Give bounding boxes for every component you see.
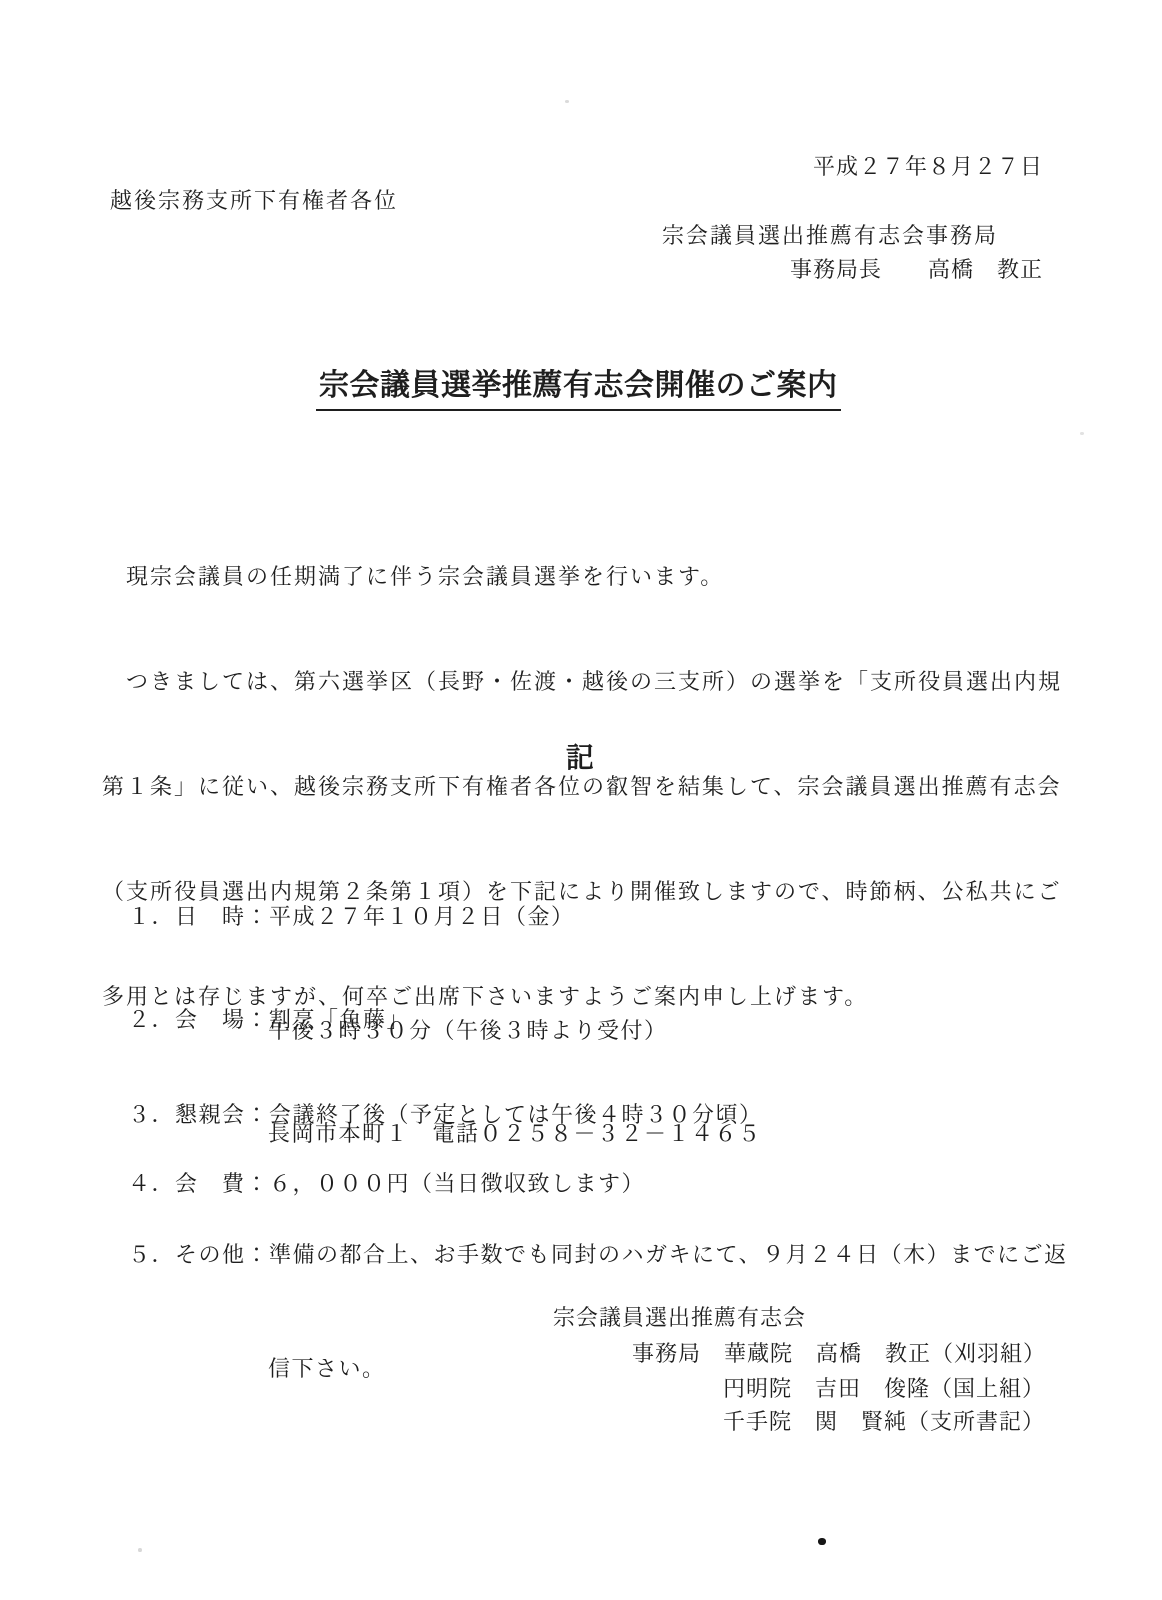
item-prefix: ５．その他： [128, 1242, 269, 1267]
footer-member: 円明院 吉田 俊隆（国上組） [723, 1372, 1045, 1403]
scan-speck [818, 1538, 826, 1545]
scan-speck [565, 100, 569, 103]
scanned-letter-page: 平成２７年８月２７日 越後宗務支所下有権者各位 宗会議員選出推薦有志会事務局 事… [0, 0, 1162, 1600]
scan-speck [138, 1548, 142, 1552]
sender-person: 事務局長 高橋 教正 [790, 253, 1043, 284]
document-date: 平成２７年８月２７日 [0, 150, 1043, 181]
document-title: 宗会議員選挙推薦有志会開催のご案内 [316, 360, 841, 411]
footer-member: 事務局 華蔵院 高橋 教正（刈羽組） [632, 1337, 1046, 1368]
body-line: つきましては、第六選挙区（長野・佐渡・越後の三支所）の選挙を「支所役員選出内規 [102, 664, 1070, 699]
list-item-line: ５．その他：準備の都合上、お手数でも同封のハガキにて、９月２４日（木）までにご返 [128, 1236, 1068, 1274]
body-line: 現宗会議員の任期満了に伴う宗会議員選挙を行います。 [102, 559, 1070, 594]
notice-marker: 記 [0, 736, 1162, 776]
addressee-line: 越後宗務支所下有権者各位 [110, 184, 398, 215]
footer-member: 千手院 関 賢純（支所書記） [723, 1405, 1045, 1436]
item-content: 準備の都合上、お手数でも同封のハガキにて、９月２４日（木）までにご返 [269, 1242, 1068, 1267]
sender-organization: 宗会議員選出推薦有志会事務局 [662, 219, 998, 250]
scan-speck [1080, 432, 1084, 435]
footer-organization: 宗会議員選出推薦有志会 [553, 1301, 806, 1332]
